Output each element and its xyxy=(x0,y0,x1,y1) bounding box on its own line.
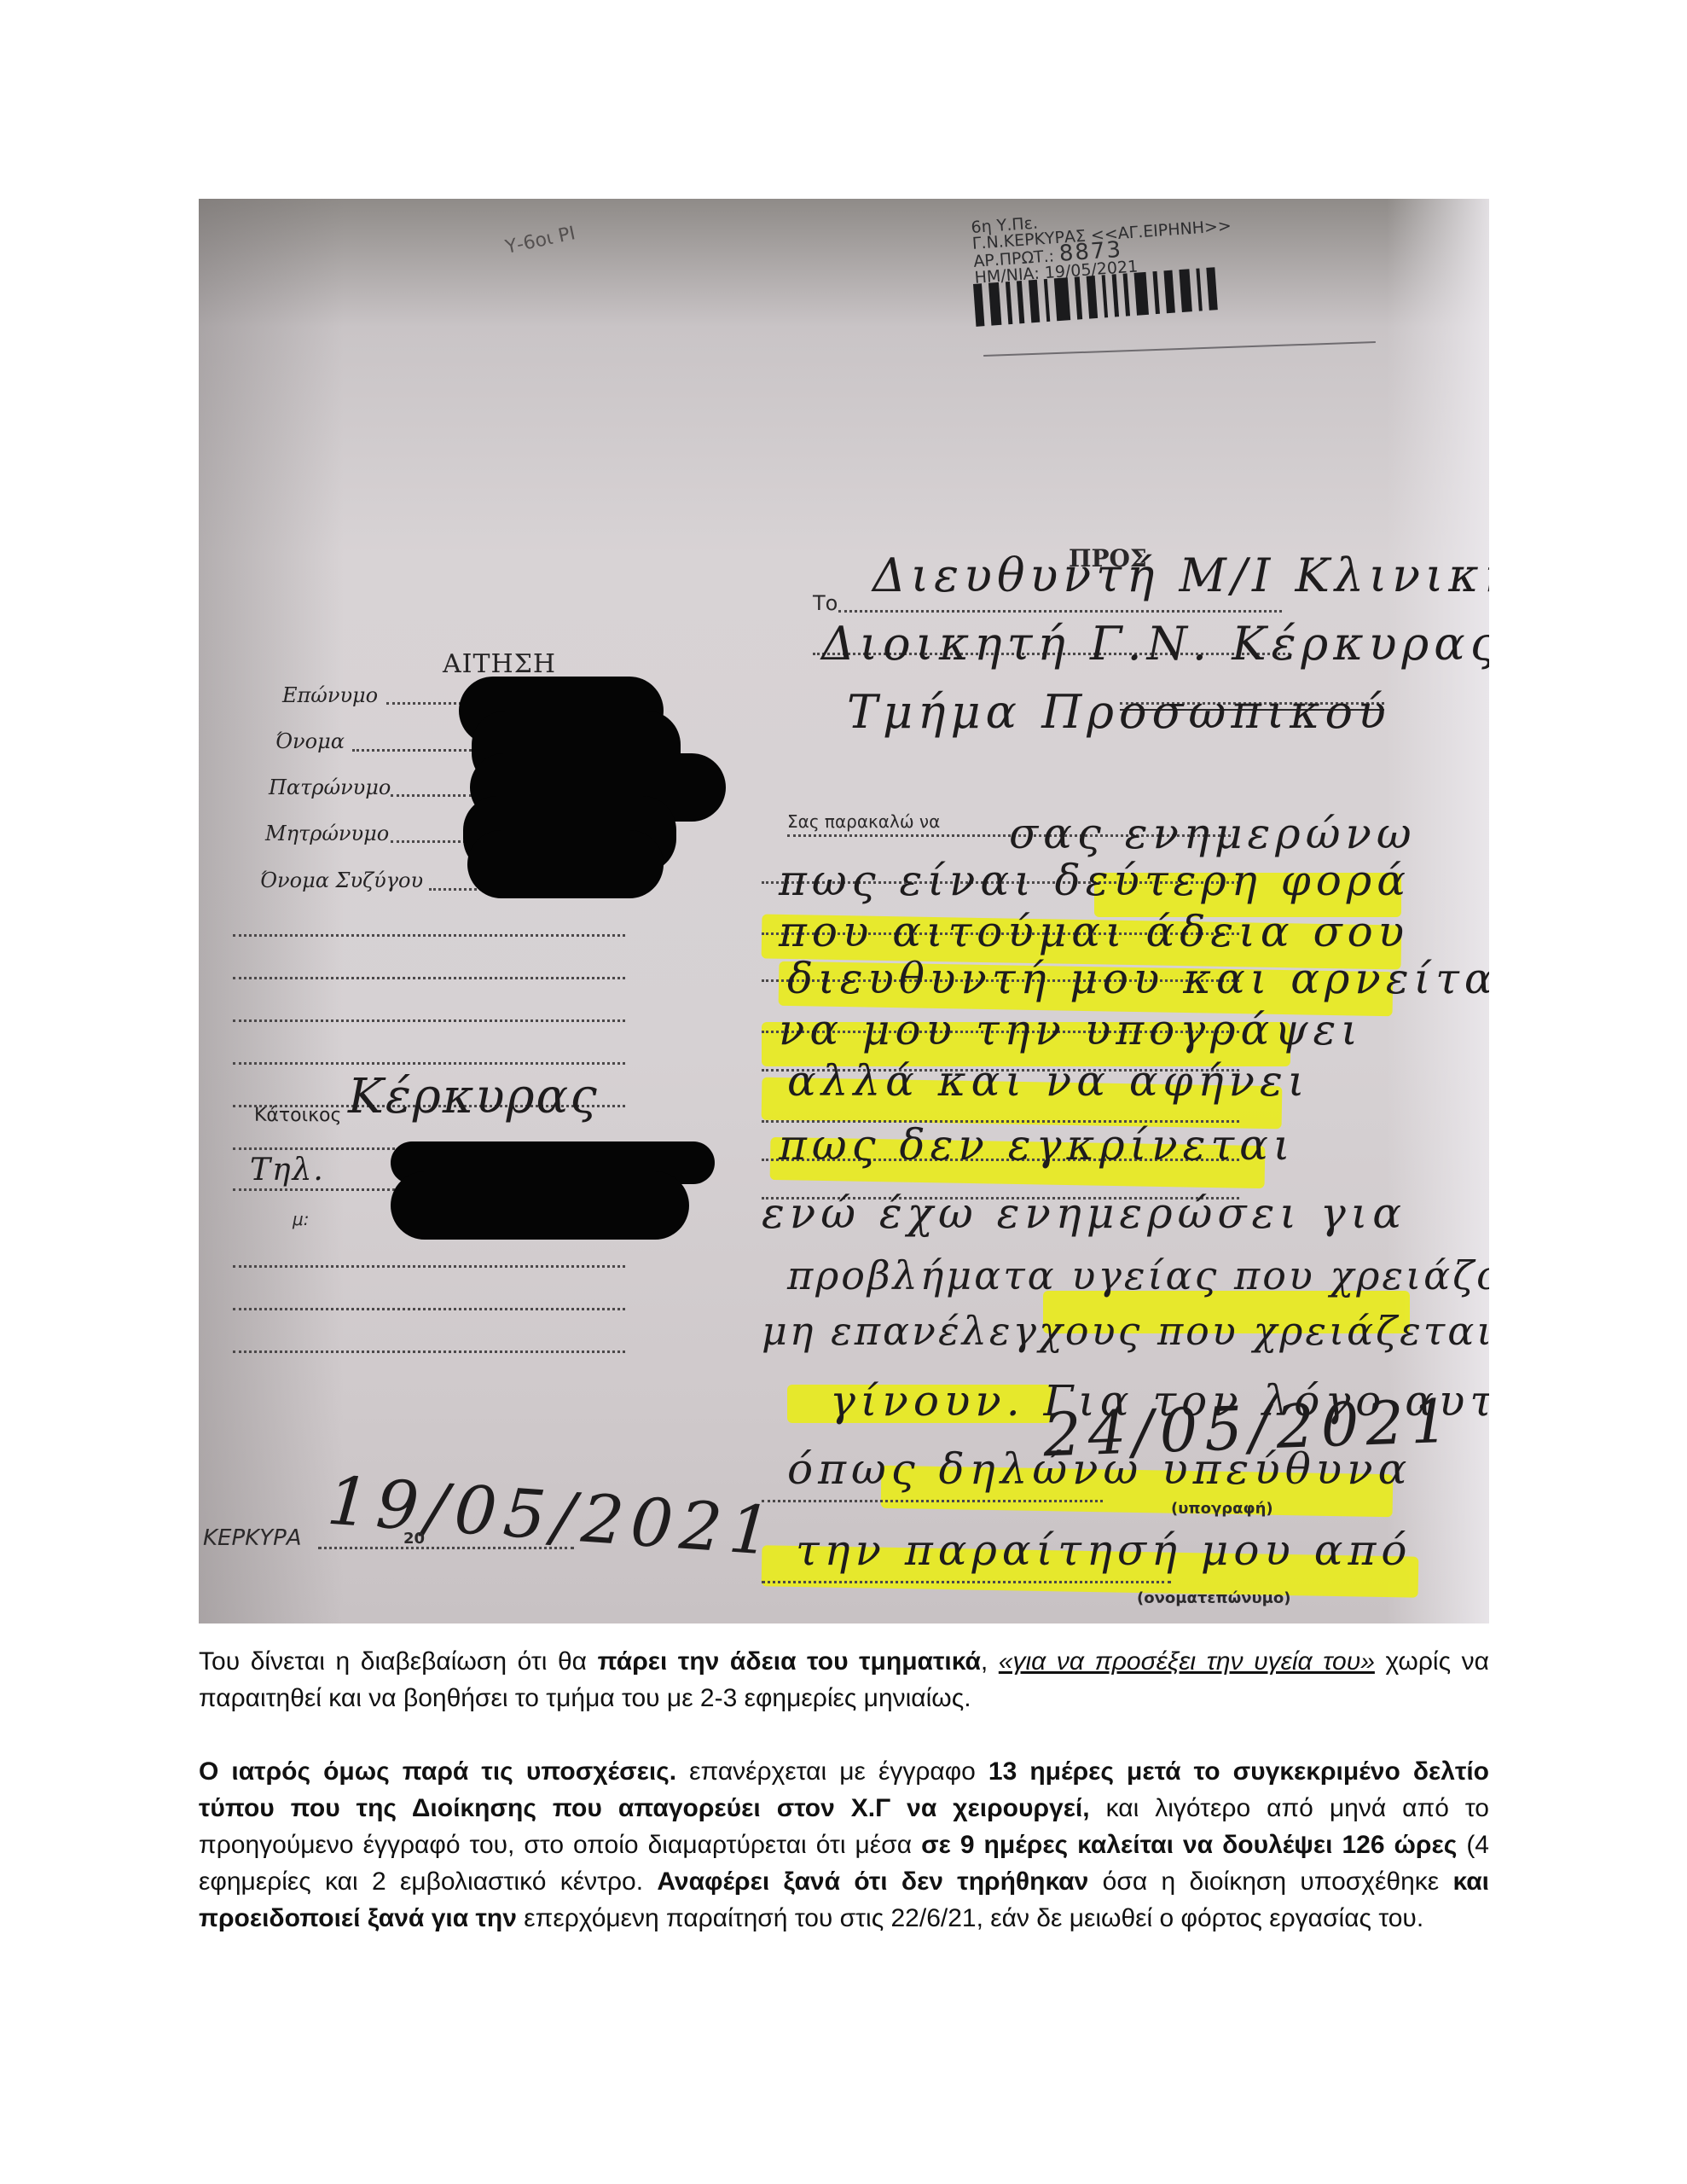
field-label-residence: Κάτοικος xyxy=(254,1105,341,1126)
body-line-13: την παραίτησή μου από xyxy=(796,1525,1412,1575)
body-line-5: να μου την υπογράψει xyxy=(779,1005,1363,1054)
place-date: 19/05/2021 xyxy=(325,1463,781,1571)
body-line-4: διευθυντή μου και αρνείται xyxy=(787,954,1489,1003)
quote-underlined: «για να προσέξει την υγεία του» xyxy=(999,1647,1375,1676)
signature-label: (υπογραφή) xyxy=(1171,1500,1273,1518)
caption-paragraph-1: Του δίνεται η διαβεβαίωση ότι θα πάρει τ… xyxy=(199,1643,1489,1716)
body-line-6: αλλά και να αφήνει xyxy=(787,1056,1309,1106)
emphasis: σε 9 ημέρες καλείται να δουλέψει 126 ώρε… xyxy=(921,1831,1457,1859)
body-line-8: ενώ έχω ενημερώσει για xyxy=(762,1188,1406,1238)
fullname-label: (ονοματεπώνυμο) xyxy=(1137,1589,1290,1607)
form-title: ΑΙΤΗΣΗ xyxy=(443,649,556,679)
body-line-3: που αιτούμαι άδεια σου xyxy=(779,907,1409,956)
photo-shadow xyxy=(199,199,344,1623)
body-line-1: σας ενημερώνω xyxy=(1009,809,1417,858)
body-line-10: μη επανέλεγχους που χρειάζεται να xyxy=(762,1308,1489,1354)
recipient-line-1: Διευθυντή Μ/Ι Κλινικής xyxy=(872,549,1489,602)
field-label-fathers-name: Πατρώνυμο xyxy=(269,775,391,799)
emphasis: Αναφέρει ξανά ότι δεν τηρήθηκαν xyxy=(657,1867,1088,1896)
year-prefix: 20 xyxy=(403,1530,425,1548)
field-label-name: Όνομα xyxy=(275,729,345,753)
emphasis: Ο ιατρός όμως παρά τις υποσχέσεις. xyxy=(199,1757,676,1786)
caption-paragraph-2: Ο ιατρός όμως παρά τις υποσχέσεις. επανέ… xyxy=(199,1753,1489,1937)
residence-value: Κέρκυρας xyxy=(348,1069,599,1124)
field-label-mothers-name: Μητρώνυμο xyxy=(265,822,389,845)
second-date: 24/05/2021 xyxy=(1042,1386,1457,1471)
field-label-surname: Επώνυμο xyxy=(282,683,378,707)
request-prefix: Σας παρακαλώ να xyxy=(787,811,940,832)
extra-field-label: μ: xyxy=(293,1209,309,1229)
stamp-underline xyxy=(983,341,1376,357)
recipient-line-3: Τμήμα Προσωπικού xyxy=(847,685,1391,739)
redaction-block xyxy=(467,830,664,898)
redaction-block xyxy=(391,1171,689,1240)
body-line-7: πως δεν εγκρίνεται xyxy=(779,1120,1296,1170)
emphasis: πάρει την άδεια του τμηματικά xyxy=(598,1647,981,1676)
recipient-line-2: Διοικητή Γ.Ν. Κέρκυρας xyxy=(821,617,1489,671)
place-label: ΚΕΡΚΥΡΑ xyxy=(203,1525,302,1551)
scanned-application-photo: Υ-6οι PI 6η Υ.Πε. Γ.Ν.ΚΕΡΚΥΡΑΣ <<ΑΓ.ΕΙΡΗ… xyxy=(199,199,1489,1623)
field-label-spouse-name: Όνομα Συζύγου xyxy=(260,868,423,892)
stamp-fragment: Υ-6οι PI xyxy=(503,199,874,296)
body-line-2: πως είναι δεύτερη φορά xyxy=(779,856,1411,905)
phone-label: Τηλ. xyxy=(250,1153,325,1188)
to-label: Το xyxy=(813,591,838,615)
body-line-9: προβλήματα υγείας που χρειάζονται xyxy=(787,1252,1489,1298)
